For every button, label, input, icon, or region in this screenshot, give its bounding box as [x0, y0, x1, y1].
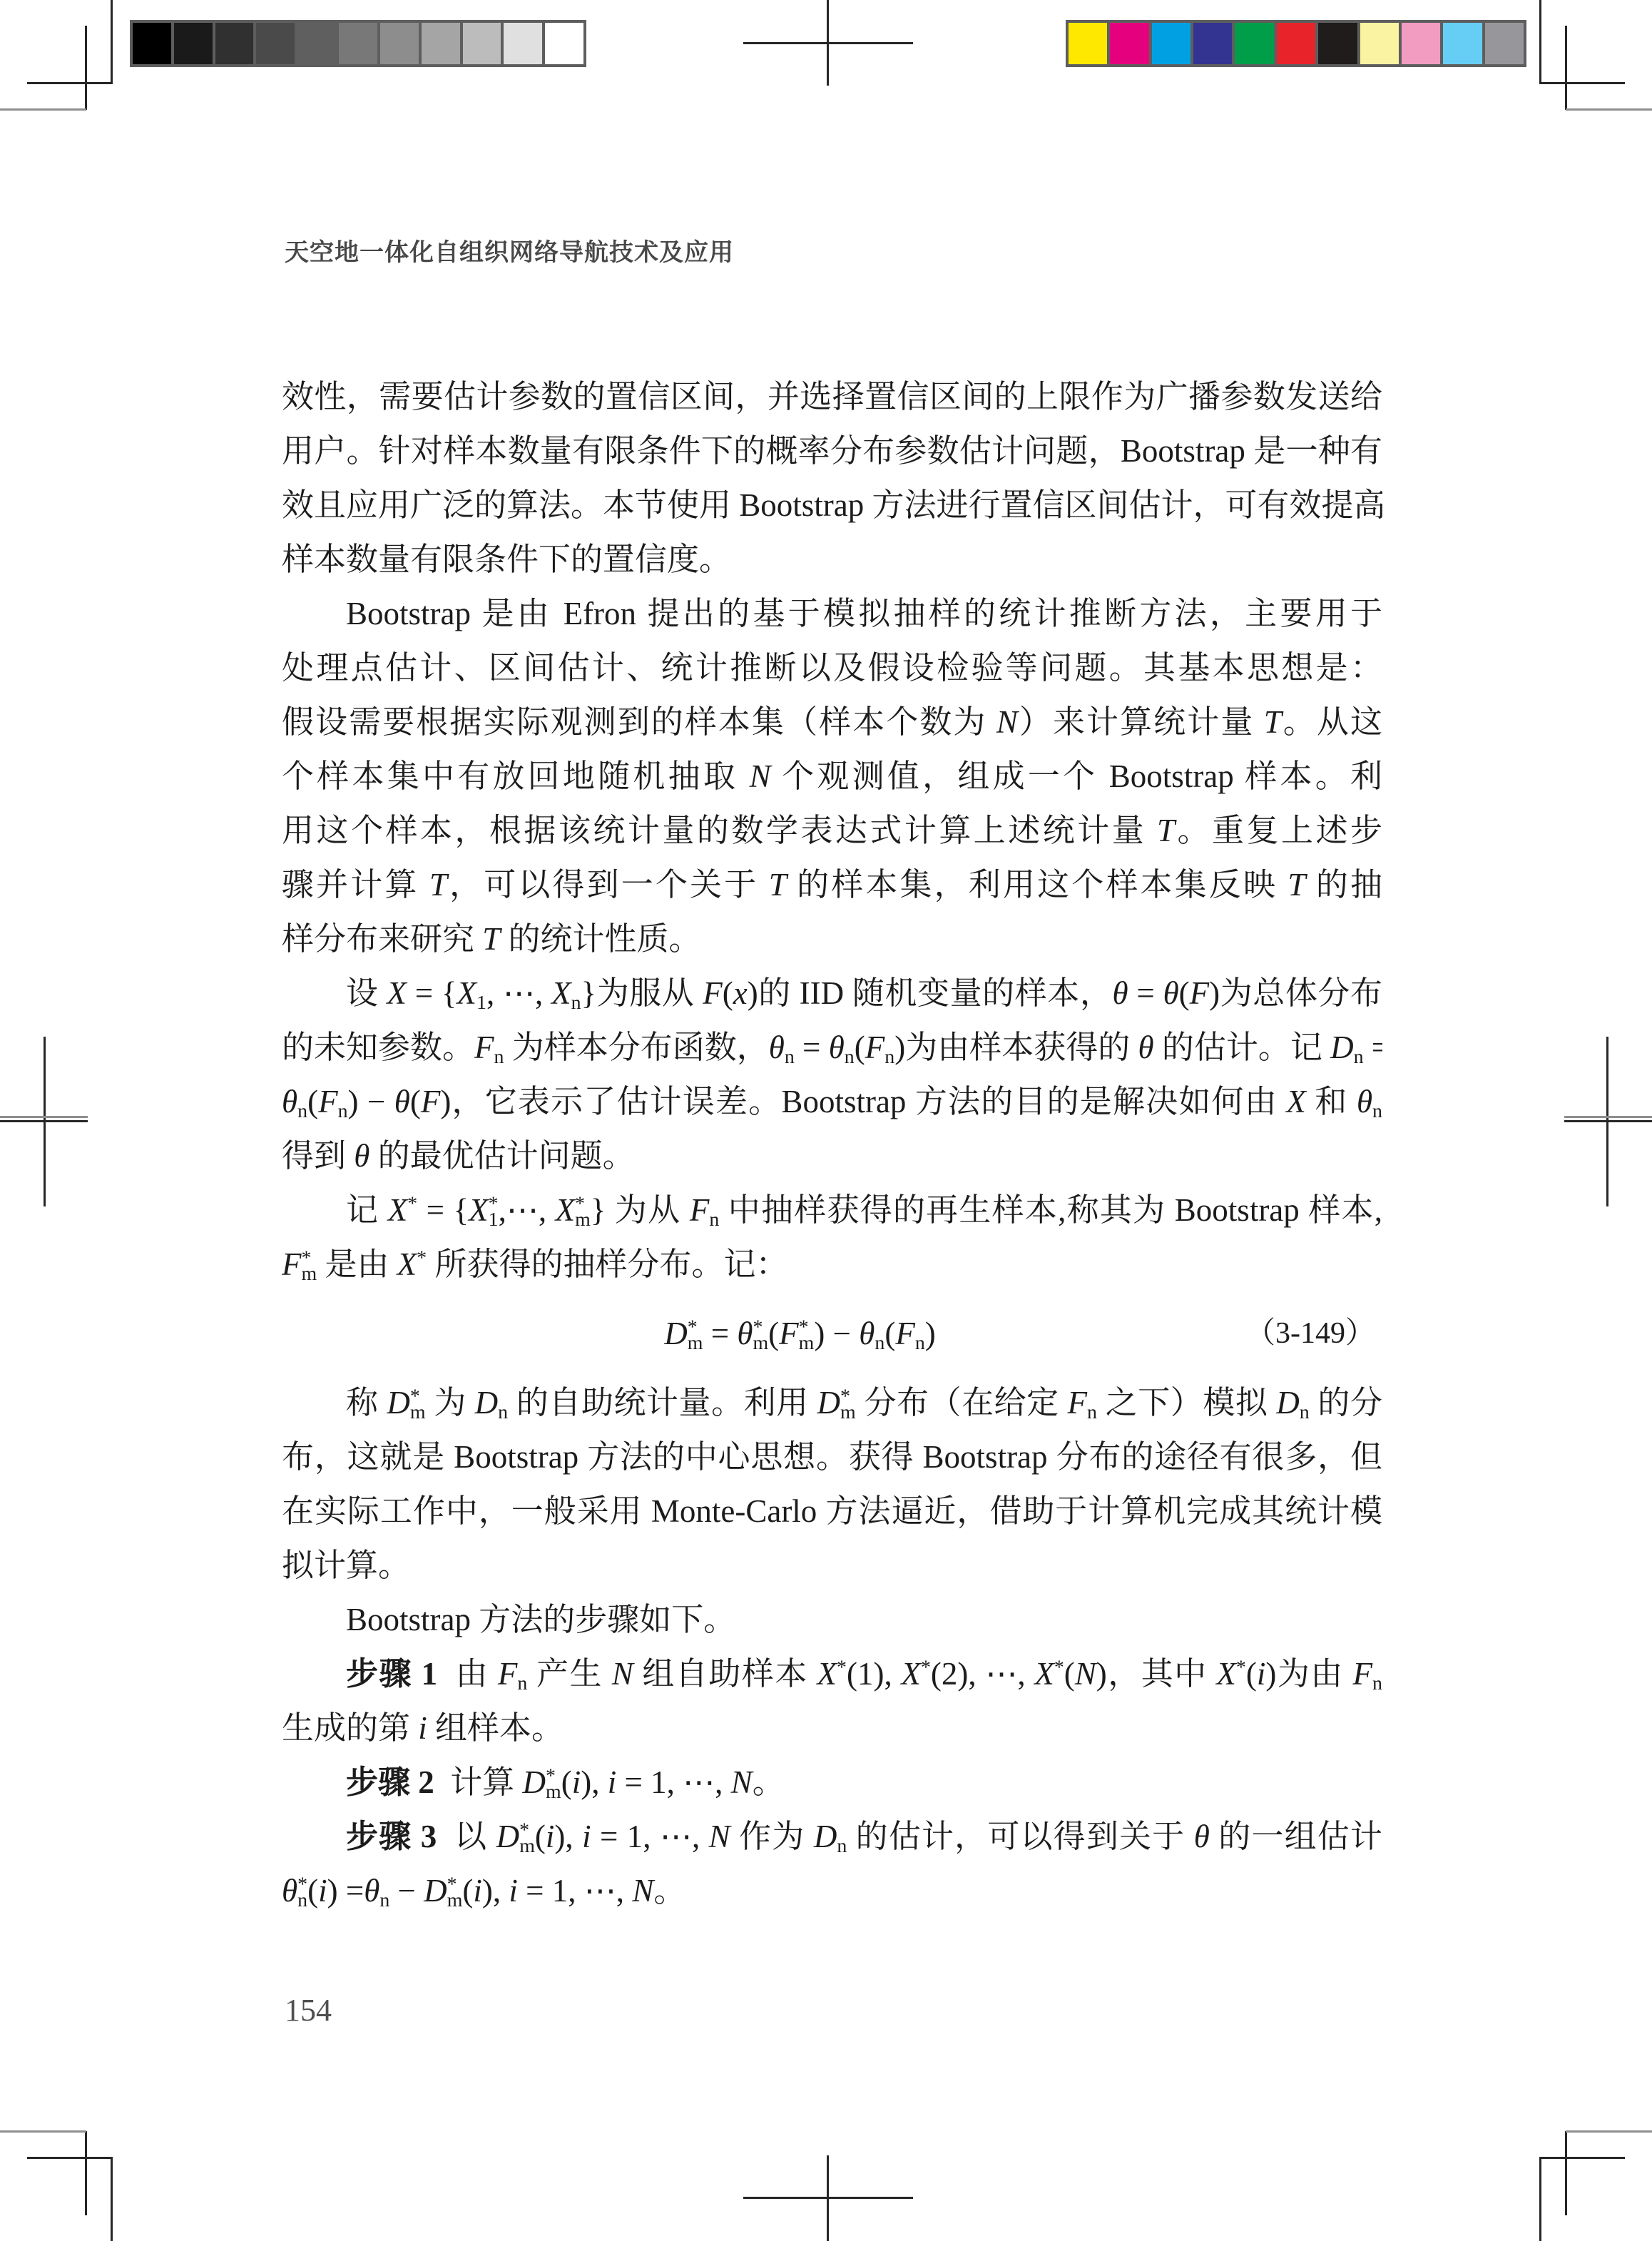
grayscale-calibration-bar [130, 20, 586, 67]
calibration-swatch [133, 23, 171, 64]
text-line: 用这个样本，根据该统计量的数学表达式计算上述统计量 T。重复上述步 [282, 803, 1382, 858]
calibration-swatch [1235, 23, 1273, 64]
crop-mark-top-right [1539, 82, 1625, 84]
crop-mark-middle-left [0, 1120, 88, 1122]
page-number: 154 [285, 1992, 332, 2028]
paragraph-step-2: 步骤 2 计算 D*m(i), i = 1, ⋯, N。 [282, 1755, 1382, 1809]
crop-mark-bottom-left [27, 2157, 113, 2159]
crop-mark-top-center [743, 42, 913, 44]
paragraph: 称 D*m 为 Dn 的自助统计量。利用 D*m 分布（在给定 Fn 之下）模拟… [282, 1376, 1382, 1592]
paragraph: Bootstrap 是由 Efron 提出的基于模拟抽样的统计推断方法，主要用于… [282, 586, 1382, 966]
calibration-swatch [463, 23, 501, 64]
calibration-swatch [174, 23, 213, 64]
text-line: 骤并计算 T，可以得到一个关于 T 的样本集，利用这个样本集反映 T 的抽 [282, 858, 1382, 912]
text-line: 用户。针对样本数量有限条件下的概率分布参数估计问题，Bootstrap 是一种有 [282, 424, 1382, 478]
calibration-swatch [1277, 23, 1315, 64]
text-line: 处理点估计、区间估计、统计推断以及假设检验等问题。其基本思想是： [282, 641, 1382, 695]
calibration-swatch [1402, 23, 1440, 64]
crop-mark-top-right [1539, 0, 1541, 84]
calibration-swatch [1152, 23, 1190, 64]
text-line: 生成的第 i 组样本。 [282, 1701, 1382, 1755]
crop-mark-top-left [27, 82, 113, 84]
calibration-swatch [215, 23, 254, 64]
calibration-swatch [339, 23, 377, 64]
calibration-swatch [1110, 23, 1148, 64]
text-line: 步骤 2 计算 D*m(i), i = 1, ⋯, N。 [282, 1755, 1382, 1809]
calibration-swatch [1485, 23, 1524, 64]
text-line: 样本数量有限条件下的置信度。 [282, 532, 1382, 586]
text-line: 效且应用广泛的算法。本节使用 Bootstrap 方法进行置信区间估计，可有效提… [282, 478, 1382, 532]
text-line: 假设需要根据实际观测到的样本集（样本个数为 N）来计算统计量 T。从这 [282, 695, 1382, 749]
crop-mark-top-left [0, 108, 86, 111]
body-text: 效性，需要估计参数的置信区间，并选择置信区间的上限作为广播参数发送给 用户。针对… [282, 370, 1382, 1918]
text-line: θ*n(i) =θn − D*m(i), i = 1, ⋯, N。 [282, 1864, 1382, 1918]
crop-mark-middle-right [1564, 1120, 1652, 1122]
text-line: 步骤 3 以 D*m(i), i = 1, ⋯, N 作为 Dn 的估计，可以得… [282, 1809, 1382, 1864]
crop-mark-top-left [111, 0, 113, 84]
text-line: 布，这就是 Bootstrap 方法的中心思想。获得 Bootstrap 分布的… [282, 1430, 1382, 1484]
text-line: 步骤 1 由 Fn 产生 N 组自助样本 X*(1), X*(2), ⋯, X*… [282, 1647, 1382, 1701]
calibration-swatch [1360, 23, 1399, 64]
crop-mark-top-right [1565, 26, 1567, 110]
text-line: 拟计算。 [282, 1538, 1382, 1592]
crop-mark-bottom-left [85, 2131, 87, 2215]
text-line: Bootstrap 是由 Efron 提出的基于模拟抽样的统计推断方法，主要用于 [282, 586, 1382, 641]
calibration-swatch [422, 23, 460, 64]
crop-mark-top-left [85, 26, 87, 110]
text-line: 得到 θ 的最优估计问题。 [282, 1129, 1382, 1183]
text-line: Bootstrap 方法的步骤如下。 [282, 1592, 1382, 1647]
paragraph-step-1: 步骤 1 由 Fn 产生 N 组自助样本 X*(1), X*(2), ⋯, X*… [282, 1647, 1382, 1755]
equation: D*m = θ*m(F*m) − θn(Fn) [664, 1306, 1000, 1361]
text-line: F*m 是由 X* 所获得的抽样分布。记： [282, 1237, 1382, 1291]
paragraph: 记 X* = {X*1,⋯, X*m} 为从 Fn 中抽样获得的再生样本,称其为… [282, 1183, 1382, 1291]
text-line: 个样本集中有放回地随机抽取 N 个观测值，组成一个 Bootstrap 样本。利 [282, 749, 1382, 803]
scanned-book-page: 天空地一体化自组织网络导航技术及应用 效性，需要估计参数的置信区间，并选择置信区… [0, 0, 1652, 2241]
calibration-swatch [1318, 23, 1357, 64]
equation-number: （3-149） [1245, 1306, 1375, 1361]
calibration-swatch [1443, 23, 1482, 64]
paragraph-step-3: 步骤 3 以 D*m(i), i = 1, ⋯, N 作为 Dn 的估计，可以得… [282, 1809, 1382, 1918]
crop-mark-bottom-right [1566, 2130, 1652, 2133]
calibration-swatch [256, 23, 295, 64]
crop-mark-middle-right [1564, 1116, 1652, 1118]
text-line: 的未知参数。Fn 为样本分布函数，θn = θn(Fn)为由样本获得的 θ 的估… [282, 1020, 1382, 1074]
running-head-title: 天空地一体化自组织网络导航技术及应用 [285, 233, 734, 268]
paragraph: 设 X = {X1, ⋯, Xn}为服从 F(x)的 IID 随机变量的样本，θ… [282, 966, 1382, 1183]
crop-mark-bottom-center [743, 2197, 913, 2199]
text-line: 记 X* = {X*1,⋯, X*m} 为从 Fn 中抽样获得的再生样本,称其为… [282, 1183, 1382, 1237]
color-calibration-bar [1066, 20, 1526, 67]
crop-mark-bottom-left [0, 2130, 86, 2133]
paragraph: 效性，需要估计参数的置信区间，并选择置信区间的上限作为广播参数发送给 用户。针对… [282, 370, 1382, 586]
paragraph: Bootstrap 方法的步骤如下。 [282, 1592, 1382, 1647]
crop-mark-bottom-left [111, 2157, 113, 2241]
calibration-swatch [1069, 23, 1107, 64]
text-line: 称 D*m 为 Dn 的自助统计量。利用 D*m 分布（在给定 Fn 之下）模拟… [282, 1376, 1382, 1430]
calibration-swatch [380, 23, 419, 64]
equation-row: D*m = θ*m(F*m) − θn(Fn) （3-149） [282, 1291, 1382, 1376]
crop-mark-bottom-right [1539, 2157, 1541, 2241]
crop-mark-middle-left [0, 1116, 88, 1118]
text-line: 在实际工作中，一般采用 Monte-Carlo 方法逼近，借助于计算机完成其统计… [282, 1484, 1382, 1538]
text-line: 效性，需要估计参数的置信区间，并选择置信区间的上限作为广播参数发送给 [282, 370, 1382, 424]
text-line: 样分布来研究 T 的统计性质。 [282, 912, 1382, 966]
text-line: θn(Fn) − θ(F)，它表示了估计误差。Bootstrap 方法的目的是解… [282, 1074, 1382, 1129]
crop-mark-bottom-right [1565, 2131, 1567, 2215]
crop-mark-bottom-right [1539, 2157, 1625, 2159]
calibration-swatch [504, 23, 542, 64]
text-line: 设 X = {X1, ⋯, Xn}为服从 F(x)的 IID 随机变量的样本，θ… [282, 966, 1382, 1020]
crop-mark-top-right [1566, 108, 1652, 111]
calibration-swatch [1193, 23, 1232, 64]
calibration-swatch [545, 23, 583, 64]
calibration-swatch [297, 23, 336, 64]
